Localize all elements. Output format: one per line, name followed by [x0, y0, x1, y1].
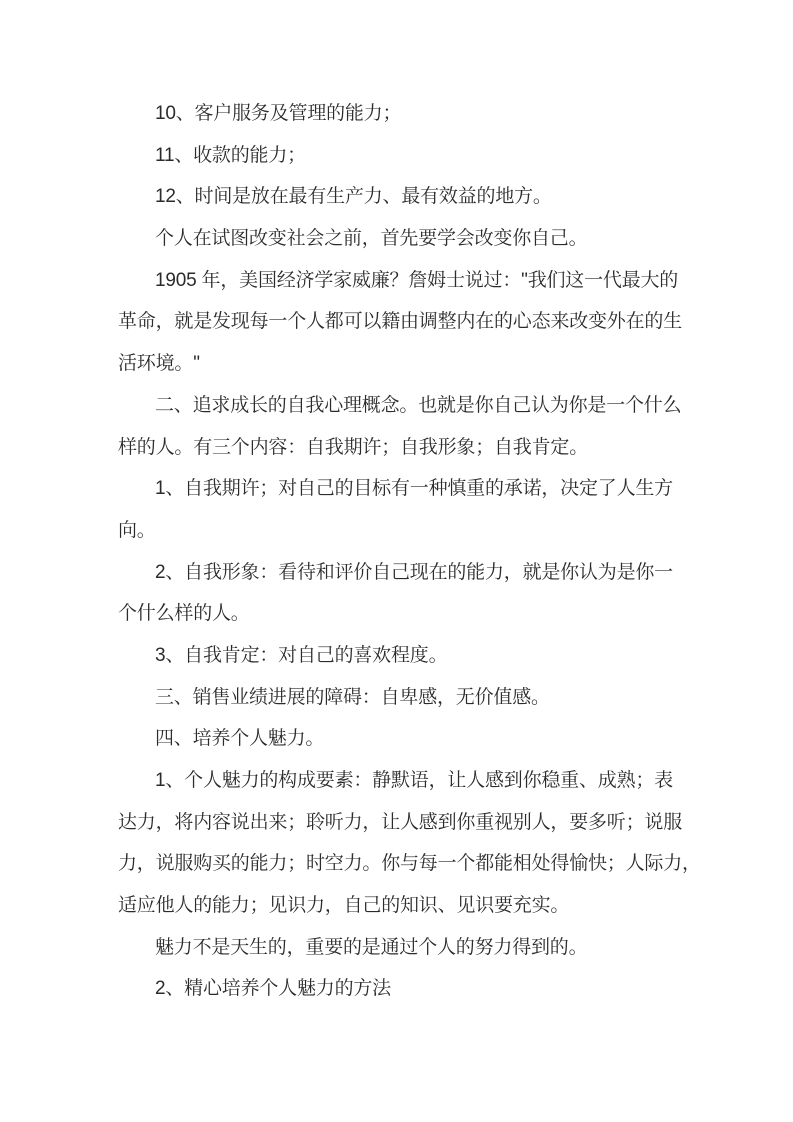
text-line: 向。: [118, 510, 679, 552]
text-line: 2、自我形象：看待和评价自己现在的能力，就是你认为是你一: [118, 552, 679, 594]
text-line: 四、培养个人魅力。: [118, 718, 679, 760]
text-line: 二、追求成长的自我心理概念。也就是你自己认为你是一个什么: [118, 385, 679, 427]
text-line: 11、收款的能力；: [118, 135, 679, 177]
text-line: 革命，就是发现每一个人都可以籍由调整内在的心态来改变外在的生: [118, 301, 679, 343]
text-line: 三、销售业绩进展的障碍：自卑感，无价值感。: [118, 677, 679, 719]
text-line: 活环境。": [118, 343, 679, 385]
text-line: 3、自我肯定：对自己的喜欢程度。: [118, 635, 679, 677]
text-line: 10、客户服务及管理的能力；: [118, 93, 679, 135]
document-body: 10、客户服务及管理的能力；11、收款的能力；12、时间是放在最有生产力、最有效…: [118, 93, 679, 1010]
text-line: 魅力不是天生的，重要的是通过个人的努力得到的。: [118, 927, 679, 969]
text-line: 1、自我期许；对自己的目标有一种慎重的承诺，决定了人生方: [118, 468, 679, 510]
text-line: 力，说服购买的能力；时空力。你与每一个都能相处得愉快；人际力，: [118, 843, 679, 885]
text-line: 个人在试图改变社会之前，首先要学会改变你自己。: [118, 218, 679, 260]
document-page: 10、客户服务及管理的能力；11、收款的能力；12、时间是放在最有生产力、最有效…: [0, 0, 793, 1122]
text-line: 达力，将内容说出来；聆听力，让人感到你重视别人，要多听；说服: [118, 802, 679, 844]
text-line: 适应他人的能力；见识力，自己的知识、见识要充实。: [118, 885, 679, 927]
text-line: 12、时间是放在最有生产力、最有效益的地方。: [118, 176, 679, 218]
text-line: 个什么样的人。: [118, 593, 679, 635]
text-line: 1、个人魅力的构成要素：静默语，让人感到你稳重、成熟；表: [118, 760, 679, 802]
text-line: 2、精心培养个人魅力的方法: [118, 968, 679, 1010]
text-line: 1905 年，美国经济学家威廉？詹姆士说过："我们这一代最大的: [118, 260, 679, 302]
text-line: 样的人。有三个内容：自我期许；自我形象；自我肯定。: [118, 427, 679, 469]
